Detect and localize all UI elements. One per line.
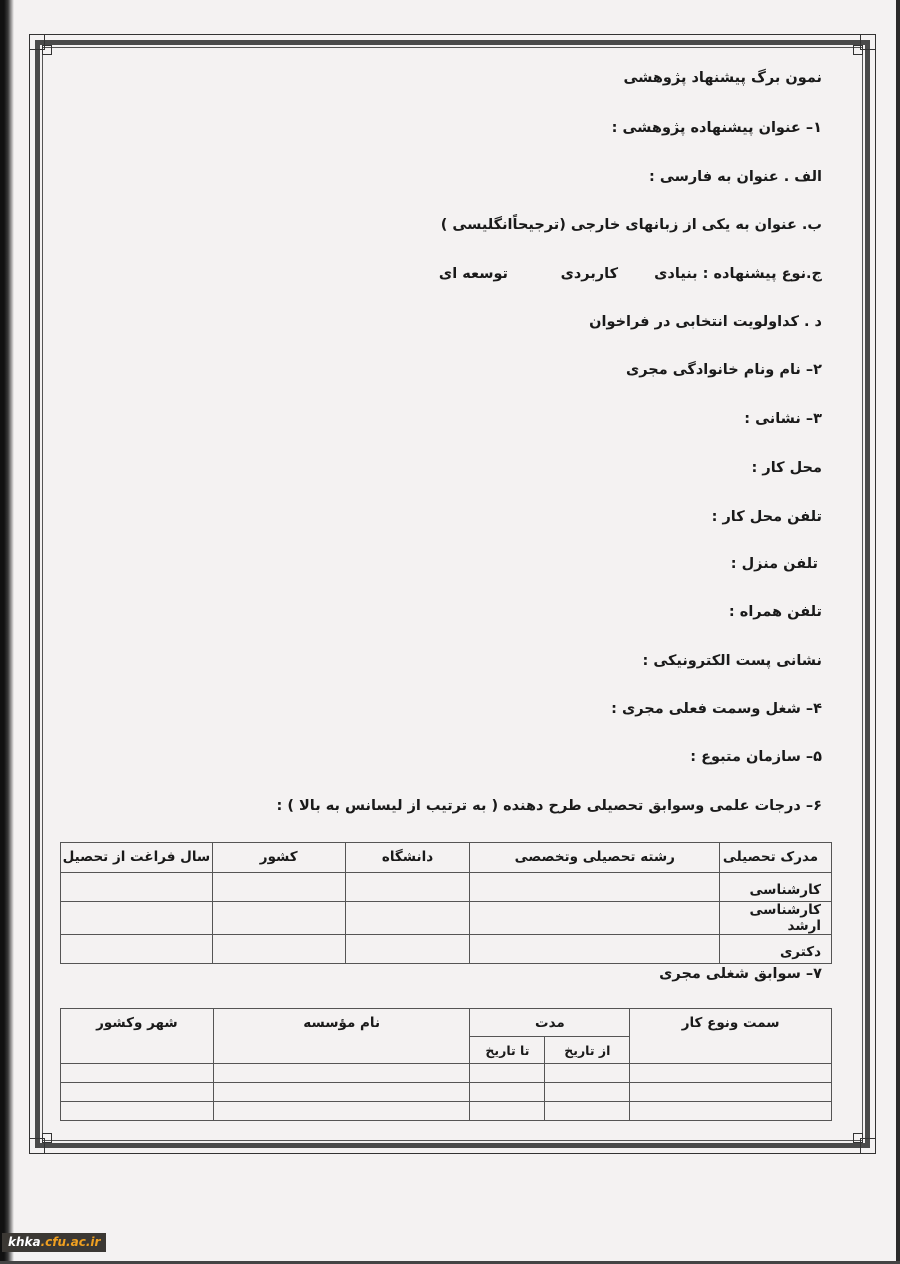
cell-position[interactable] xyxy=(630,1083,832,1102)
header-city-country: شهر وکشور xyxy=(61,1009,214,1064)
cell-from-date[interactable] xyxy=(545,1064,630,1083)
border-corner-top-right-inner xyxy=(853,45,863,55)
cell-from-date[interactable] xyxy=(545,1083,630,1102)
cell-country[interactable] xyxy=(212,935,345,964)
cell-institution[interactable] xyxy=(213,1064,470,1083)
cell-institution[interactable] xyxy=(213,1083,470,1102)
cell-university[interactable] xyxy=(345,935,470,964)
proposal-type-option-developmental: توسعه ای xyxy=(439,266,508,282)
table-row xyxy=(61,1083,832,1102)
header-country: کشور xyxy=(212,843,345,873)
cell-to-date[interactable] xyxy=(470,1102,545,1121)
scan-edge-left xyxy=(0,0,14,1264)
border-corner-bottom-left-inner xyxy=(42,1133,52,1143)
border-corner-top-left-inner xyxy=(42,45,52,55)
header-to-date: تا تاریخ xyxy=(470,1037,545,1064)
field-persian-title: الف . عنوان به فارسی : xyxy=(649,169,822,185)
scan-edge-right xyxy=(896,0,900,1264)
field-work-phone: تلفن محل کار : xyxy=(712,509,822,525)
degree-bachelor: کارشناسی xyxy=(720,873,832,902)
field-mobile-phone: تلفن همراه : xyxy=(729,604,822,620)
work-header-row-1: سمت ونوع کار مدت نام مؤسسه شهر وکشور xyxy=(61,1009,832,1037)
cell-city-country[interactable] xyxy=(61,1102,214,1121)
cell-field[interactable] xyxy=(470,873,720,902)
border-corner-bottom-right-inner xyxy=(853,1133,863,1143)
header-from-date: از تاریخ xyxy=(545,1037,630,1064)
header-duration: مدت xyxy=(470,1009,630,1037)
field-proposal-type: ج.نوع پیشنهاده : بنیادی xyxy=(654,266,822,282)
field-job-position: ۴– شغل وسمت فعلی مجری : xyxy=(611,701,822,717)
cell-to-date[interactable] xyxy=(470,1064,545,1083)
table-row: دکتری xyxy=(61,935,832,964)
cell-position[interactable] xyxy=(630,1064,832,1083)
watermark-prefix: khka xyxy=(8,1235,41,1249)
field-foreign-title: ب. عنوان به یکی از زبانهای خارجی (ترجیحا… xyxy=(441,217,822,233)
field-organization: ۵– سازمان متبوع : xyxy=(690,749,822,765)
cell-year[interactable] xyxy=(61,902,213,935)
section-degrees-heading: ۶– درجات علمی وسوابق تحصیلی طرح دهنده ( … xyxy=(276,798,822,814)
header-institution: نام مؤسسه xyxy=(213,1009,470,1064)
education-header-row: مدرک تحصیلی رشته تحصیلی وتخصصی دانشگاه ک… xyxy=(61,843,832,873)
cell-field[interactable] xyxy=(470,935,720,964)
field-priority-code: د . کداولویت انتخابی در فراخوان xyxy=(589,314,822,330)
field-workplace: محل کار : xyxy=(752,460,823,476)
header-graduation-year: سال فراغت از تحصیل xyxy=(61,843,213,873)
cell-institution[interactable] xyxy=(213,1102,470,1121)
section-work-history-heading: ۷– سوابق شغلی مجری xyxy=(659,966,822,982)
cell-university[interactable] xyxy=(345,902,470,935)
field-home-phone: تلفن منزل : xyxy=(731,556,818,572)
education-table: مدرک تحصیلی رشته تحصیلی وتخصصی دانشگاه ک… xyxy=(60,842,832,964)
table-row: کارشناسی xyxy=(61,873,832,902)
header-degree: مدرک تحصیلی xyxy=(720,843,832,873)
work-history-table: سمت ونوع کار مدت نام مؤسسه شهر وکشور از … xyxy=(60,1008,832,1121)
cell-from-date[interactable] xyxy=(545,1102,630,1121)
proposal-type-option-applied: کاربردی xyxy=(561,266,618,282)
cell-country[interactable] xyxy=(212,873,345,902)
header-field-of-study: رشته تحصیلی وتخصصی xyxy=(470,843,720,873)
watermark-domain: .cfu.ac.ir xyxy=(41,1235,101,1249)
header-position: سمت ونوع کار xyxy=(630,1009,832,1064)
degree-master: کارشناسی ارشد xyxy=(720,902,832,935)
header-university: دانشگاه xyxy=(345,843,470,873)
cell-to-date[interactable] xyxy=(470,1083,545,1102)
table-row: کارشناسی ارشد xyxy=(61,902,832,935)
cell-country[interactable] xyxy=(212,902,345,935)
field-research-title: ۱– عنوان پیشنهاده پژوهشی : xyxy=(612,120,822,136)
degree-phd: دکتری xyxy=(720,935,832,964)
cell-position[interactable] xyxy=(630,1102,832,1121)
table-row xyxy=(61,1102,832,1121)
table-row xyxy=(61,1064,832,1083)
form-title: نمون برگ پیشنهاد پژوهشی xyxy=(623,70,822,86)
cell-year[interactable] xyxy=(61,873,213,902)
cell-field[interactable] xyxy=(470,902,720,935)
site-watermark: khka.cfu.ac.ir xyxy=(2,1233,106,1252)
field-email: نشانی پست الکترونیکی : xyxy=(642,653,822,669)
field-address: ۳– نشانی : xyxy=(744,411,822,427)
cell-year[interactable] xyxy=(61,935,213,964)
cell-university[interactable] xyxy=(345,873,470,902)
cell-city-country[interactable] xyxy=(61,1083,214,1102)
field-full-name: ۲– نام ونام خانوادگی مجری xyxy=(626,362,822,378)
cell-city-country[interactable] xyxy=(61,1064,214,1083)
